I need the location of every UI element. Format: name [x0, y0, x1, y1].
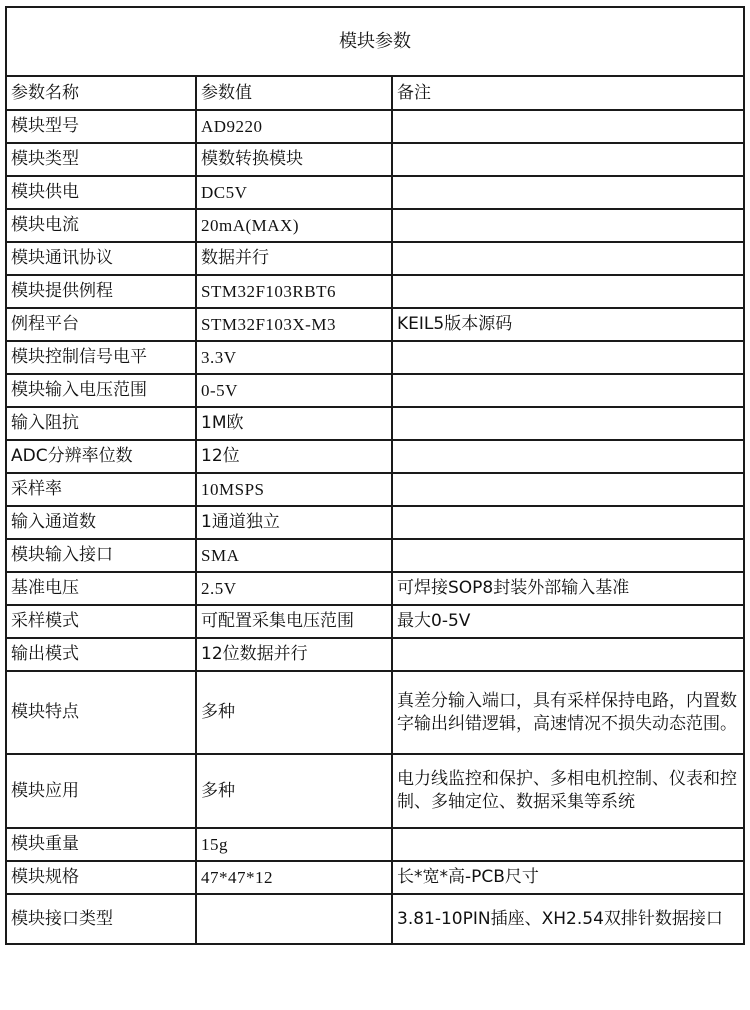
param-note — [392, 143, 744, 176]
param-value: 多种 — [196, 671, 392, 754]
module-parameters-table: 模块参数 参数名称 参数值 备注 模块型号AD9220 模块类型模数转换模块 模… — [5, 6, 745, 945]
param-value: 0-5V — [196, 374, 392, 407]
table-row: 模块输入接口SMA — [6, 539, 744, 572]
param-value: 多种 — [196, 754, 392, 828]
param-value: AD9220 — [196, 110, 392, 143]
param-name: 模块输入电压范围 — [6, 374, 196, 407]
table-row: 模块提供例程STM32F103RBT6 — [6, 275, 744, 308]
param-value: 20mA(MAX) — [196, 209, 392, 242]
param-name: 输入通道数 — [6, 506, 196, 539]
param-value: SMA — [196, 539, 392, 572]
param-value — [196, 894, 392, 944]
table-row: 模块输入电压范围0-5V — [6, 374, 744, 407]
table-title: 模块参数 — [6, 7, 744, 76]
table-row: 模块类型模数转换模块 — [6, 143, 744, 176]
table-row: ADC分辨率位数12位 — [6, 440, 744, 473]
param-value: 3.3V — [196, 341, 392, 374]
header-note: 备注 — [392, 76, 744, 110]
table-row: 采样模式可配置采集电压范围最大0-5V — [6, 605, 744, 638]
table-header-row: 参数名称 参数值 备注 — [6, 76, 744, 110]
param-name: 模块供电 — [6, 176, 196, 209]
param-note — [392, 506, 744, 539]
param-note — [392, 638, 744, 671]
param-note — [392, 374, 744, 407]
table-row: 模块型号AD9220 — [6, 110, 744, 143]
param-name: 模块接口类型 — [6, 894, 196, 944]
table-row: 模块供电DC5V — [6, 176, 744, 209]
param-value: 1M欧 — [196, 407, 392, 440]
param-name: 模块型号 — [6, 110, 196, 143]
param-name: 模块输入接口 — [6, 539, 196, 572]
param-name: 输入阻抗 — [6, 407, 196, 440]
param-note: 可焊接SOP8封装外部输入基准 — [392, 572, 744, 605]
param-value: DC5V — [196, 176, 392, 209]
param-note — [392, 209, 744, 242]
table-row: 例程平台STM32F103X-M3KEIL5版本源码 — [6, 308, 744, 341]
table-row: 输入阻抗1M欧 — [6, 407, 744, 440]
param-value: 10MSPS — [196, 473, 392, 506]
param-value: 12位数据并行 — [196, 638, 392, 671]
param-value: 可配置采集电压范围 — [196, 605, 392, 638]
table-row: 模块重量15g — [6, 828, 744, 861]
param-value: 47*47*12 — [196, 861, 392, 894]
param-note — [392, 539, 744, 572]
param-value: 数据并行 — [196, 242, 392, 275]
param-value: 1通道独立 — [196, 506, 392, 539]
param-note: 3.81-10PIN插座、XH2.54双排针数据接口 — [392, 894, 744, 944]
param-note: KEIL5版本源码 — [392, 308, 744, 341]
param-name: 模块类型 — [6, 143, 196, 176]
header-param-value: 参数值 — [196, 76, 392, 110]
table-row: 输出模式12位数据并行 — [6, 638, 744, 671]
param-value: 模数转换模块 — [196, 143, 392, 176]
param-value: 2.5V — [196, 572, 392, 605]
param-note — [392, 473, 744, 506]
param-name: 基准电压 — [6, 572, 196, 605]
table-row: 模块应用多种电力线监控和保护、多相电机控制、仪表和控制、多轴定位、数据采集等系统 — [6, 754, 744, 828]
param-name: 模块控制信号电平 — [6, 341, 196, 374]
param-name: 输出模式 — [6, 638, 196, 671]
param-note — [392, 110, 744, 143]
param-name: 采样模式 — [6, 605, 196, 638]
param-name: 模块通讯协议 — [6, 242, 196, 275]
param-name: 模块重量 — [6, 828, 196, 861]
param-note: 最大0-5V — [392, 605, 744, 638]
table-row: 模块电流20mA(MAX) — [6, 209, 744, 242]
param-value: STM32F103X-M3 — [196, 308, 392, 341]
table-row: 模块控制信号电平3.3V — [6, 341, 744, 374]
param-name: 模块规格 — [6, 861, 196, 894]
table-row: 基准电压2.5V可焊接SOP8封装外部输入基准 — [6, 572, 744, 605]
param-name: 模块电流 — [6, 209, 196, 242]
param-name: 模块应用 — [6, 754, 196, 828]
param-note: 电力线监控和保护、多相电机控制、仪表和控制、多轴定位、数据采集等系统 — [392, 754, 744, 828]
table-row: 模块接口类型3.81-10PIN插座、XH2.54双排针数据接口 — [6, 894, 744, 944]
param-name: 模块特点 — [6, 671, 196, 754]
table-row: 模块通讯协议数据并行 — [6, 242, 744, 275]
param-note — [392, 275, 744, 308]
param-name: ADC分辨率位数 — [6, 440, 196, 473]
param-name: 例程平台 — [6, 308, 196, 341]
table-row: 模块特点多种真差分输入端口，具有采样保持电路，内置数字输出纠错逻辑，高速情况不损… — [6, 671, 744, 754]
param-value: 12位 — [196, 440, 392, 473]
table-row: 输入通道数1通道独立 — [6, 506, 744, 539]
param-note — [392, 440, 744, 473]
table-title-row: 模块参数 — [6, 7, 744, 76]
param-value: STM32F103RBT6 — [196, 275, 392, 308]
param-name: 采样率 — [6, 473, 196, 506]
param-value: 15g — [196, 828, 392, 861]
table-row: 采样率10MSPS — [6, 473, 744, 506]
param-note — [392, 242, 744, 275]
param-note: 真差分输入端口，具有采样保持电路，内置数字输出纠错逻辑，高速情况不损失动态范围。 — [392, 671, 744, 754]
param-note — [392, 407, 744, 440]
param-note — [392, 828, 744, 861]
param-note — [392, 176, 744, 209]
table-row: 模块规格47*47*12长*宽*高-PCB尺寸 — [6, 861, 744, 894]
param-note: 长*宽*高-PCB尺寸 — [392, 861, 744, 894]
header-param-name: 参数名称 — [6, 76, 196, 110]
param-name: 模块提供例程 — [6, 275, 196, 308]
param-note — [392, 341, 744, 374]
